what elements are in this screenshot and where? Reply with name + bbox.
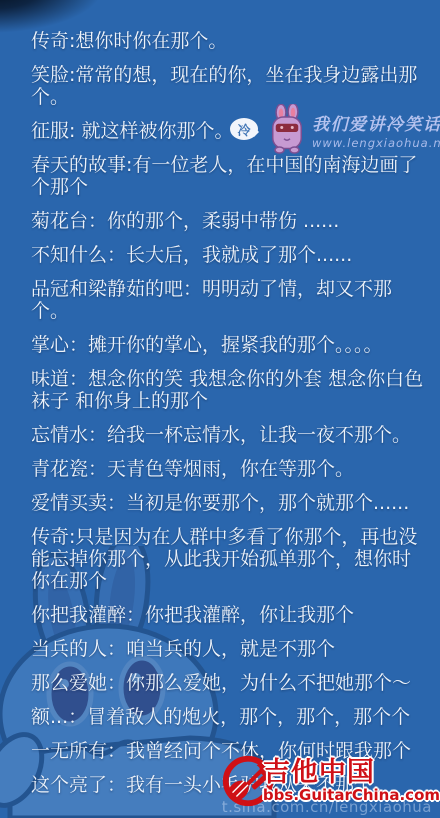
guitarchina-name: 吉他中国 [263, 759, 375, 787]
lyric-line: 传奇:想你时你在那个。 [31, 30, 428, 52]
lyric-line: 当兵的人：咱当兵的人，就是不那个 [31, 638, 428, 660]
watermark-url: www.lengxiaohua.net· [312, 136, 440, 150]
lyric-line: 味道：想念你的笑 我想念你的外套 想念你白色袜子 和你身上的那个 [31, 368, 428, 412]
lyric-line: 忘情水：给我一杯忘情水，让我一夜不那个。 [31, 424, 428, 446]
lyric-line: 笑脸:常常的想，现在的你，坐在我身边露出那个。 [31, 64, 428, 108]
lyric-line: 你把我灌醉：你把我灌醉，你让我那个 [31, 604, 428, 626]
lyric-line: 传奇:只是因为在人群中多看了你那个，再也没能忘掉你那个，从此我开始孤单那个，想你… [31, 526, 428, 592]
lyric-line: 不知什么：长大后，我就成了那个...... [31, 244, 428, 266]
speech-bubble-icon: 冷 [230, 118, 258, 140]
lyric-line: 菊花台：你的那个，柔弱中带伤 ...... [31, 210, 428, 232]
watermark-title: 我们爱讲冷笑话 [312, 110, 440, 135]
guitarchina-url: bbs.GuitarChina.com [263, 787, 440, 804]
lyric-line: 春天的故事:有一位老人，在中国的南海边画了个那个 [31, 154, 428, 198]
bubble-text: 冷 [237, 120, 250, 139]
lyric-line: 额...：冒着敌人的炮火，那个，那个，那个个 [31, 706, 428, 728]
rabbit-mascot-icon [266, 104, 308, 154]
lyric-line: 掌心：摊开你的掌心，握紧我的那个。。。。 [31, 334, 428, 356]
lyric-line: 那么爱她：你那么爱她，为什么不把她那个～ [31, 672, 428, 694]
lyric-line: 青花瓷：天青色等烟雨，你在等那个。 [31, 458, 428, 480]
lyric-line: 品冠和梁静茹的吧：明明动了情，却又不那个。 [31, 278, 428, 322]
lengxiaohua-watermark: 冷 我们爱讲冷笑话 www.lengxiaohua.net· [230, 104, 438, 154]
guitarchina-logo: 吉他中国 bbs.GuitarChina.com [219, 752, 440, 810]
lyric-line: 爱情买卖：当初是你要那个，那个就那个...... [31, 492, 428, 514]
